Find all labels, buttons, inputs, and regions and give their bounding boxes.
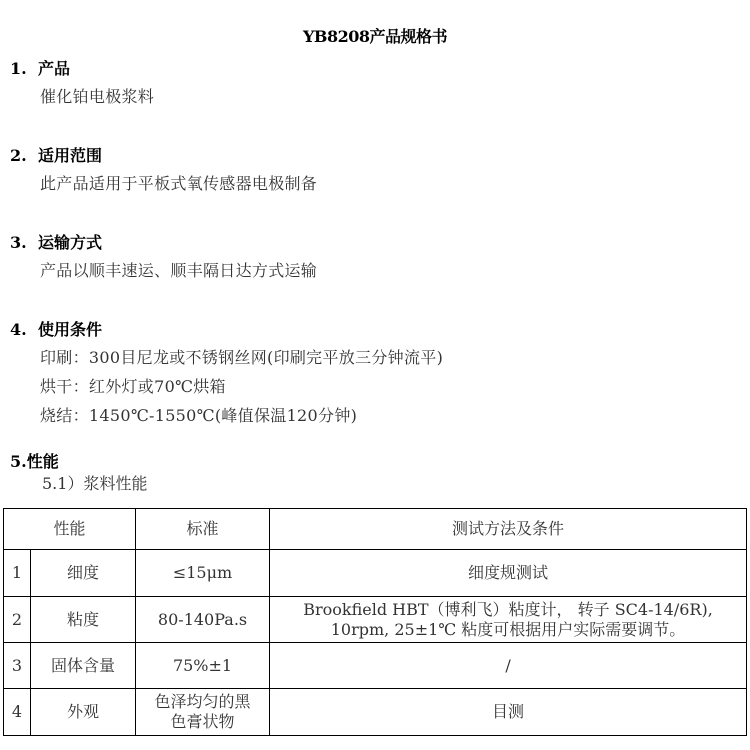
standard-line-2: 色膏状物: [136, 712, 269, 732]
row-standard: 75%±1: [136, 643, 270, 689]
row-number: 4: [4, 689, 31, 736]
row-number: 2: [4, 597, 31, 643]
printing-condition: 印刷：300目尼龙或不锈钢丝网(印刷完平放三分钟流平): [40, 345, 443, 368]
section-2-text: 此产品适用于平板式氧传感器电极制备: [40, 171, 317, 194]
section-number: 5.: [10, 452, 27, 471]
row-method: Brookfield HBT（博利飞）粘度计， 转子 SC4-14/6R), 1…: [270, 597, 747, 643]
section-title: 性能: [27, 452, 59, 471]
row-standard: 80-140Pa.s: [136, 597, 270, 643]
table-row: 1 细度 ≤15μm 细度规测试: [4, 550, 747, 597]
row-standard: ≤15μm: [136, 550, 270, 597]
row-number: 1: [4, 550, 31, 597]
section-number: 2.: [10, 146, 38, 165]
row-method: 目测: [270, 689, 747, 736]
row-number: 3: [4, 643, 31, 689]
section-5-subheading: 5.1）浆料性能: [42, 471, 147, 494]
section-title: 产品: [38, 59, 70, 78]
section-number: 3.: [10, 233, 38, 252]
standard-line-1: 色泽均匀的黑: [136, 692, 269, 712]
row-property: 细度: [31, 550, 136, 597]
section-2-heading: 2.适用范围: [10, 143, 102, 166]
row-method: /: [270, 643, 747, 689]
row-standard: 色泽均匀的黑 色膏状物: [136, 689, 270, 736]
table-row: 2 粘度 80-140Pa.s Brookfield HBT（博利飞）粘度计， …: [4, 597, 747, 643]
header-property: 性能: [4, 509, 136, 550]
row-property: 外观: [31, 689, 136, 736]
sintering-condition: 烧结：1450℃-1550℃(峰值保温120分钟): [40, 403, 357, 426]
section-3-heading: 3.运输方式: [10, 230, 102, 253]
table-row: 4 外观 色泽均匀的黑 色膏状物 目测: [4, 689, 747, 736]
section-5-heading: 5.性能: [10, 449, 59, 472]
section-number: 1.: [10, 59, 38, 78]
row-property: 粘度: [31, 597, 136, 643]
method-line-1: Brookfield HBT（博利飞）粘度计， 转子 SC4-14/6R),: [270, 600, 746, 620]
row-method: 细度规测试: [270, 550, 747, 597]
section-title: 适用范围: [38, 146, 102, 165]
section-number: 4.: [10, 320, 38, 339]
row-property: 固体含量: [31, 643, 136, 689]
method-line-2: 10rpm, 25±1℃ 粘度可根据用户实际需要调节。: [270, 620, 746, 640]
section-1-text: 催化铂电极浆料: [40, 84, 154, 107]
paste-properties-table: 性能 标准 测试方法及条件 1 细度 ≤15μm 细度规测试 2 粘度 80-1…: [3, 508, 747, 736]
document-title: YB8208产品规格书: [0, 24, 750, 47]
header-method: 测试方法及条件: [270, 509, 747, 550]
section-4-heading: 4.使用条件: [10, 317, 102, 340]
header-standard: 标准: [136, 509, 270, 550]
table-row: 3 固体含量 75%±1 /: [4, 643, 747, 689]
section-1-heading: 1.产品: [10, 56, 70, 79]
table-header-row: 性能 标准 测试方法及条件: [4, 509, 747, 550]
section-3-text: 产品以顺丰速运、顺丰隔日达方式运输: [40, 258, 317, 281]
section-title: 运输方式: [38, 233, 102, 252]
section-title: 使用条件: [38, 320, 102, 339]
drying-condition: 烘干：红外灯或70℃烘箱: [40, 374, 226, 397]
